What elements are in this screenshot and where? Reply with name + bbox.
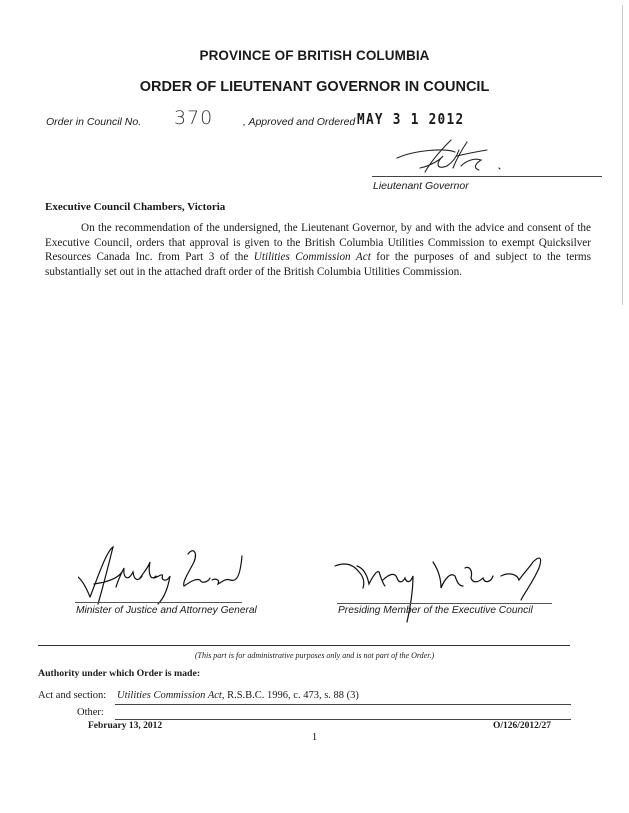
act-section-value: Utilities Commission Act, R.S.B.C. 1996,… — [117, 690, 359, 701]
footer-date: February 13, 2012 — [88, 721, 162, 731]
lieutenant-governor-signature-line — [372, 176, 602, 177]
act-section-act-name: Utilities Commission Act — [117, 690, 222, 701]
act-section-citation: , R.S.B.C. 1996, c. 473, s. 88 (3) — [222, 690, 359, 701]
admin-note: (This part is for administrative purpose… — [0, 651, 629, 660]
location-heading: Executive Council Chambers, Victoria — [45, 201, 225, 213]
minister-signature-line — [75, 602, 242, 603]
other-label: Other: — [77, 707, 104, 718]
lieutenant-governor-signature — [395, 138, 515, 180]
minister-title: Minister of Justice and Attorney General — [76, 605, 257, 616]
approved-label: , Approved and Ordered — [243, 116, 355, 128]
act-section-line — [115, 704, 571, 705]
admin-section-divider — [38, 645, 570, 646]
order-body: On the recommendation of the undersigned… — [45, 221, 591, 280]
footer-reference: O/126/2012/27 — [493, 721, 551, 731]
province-heading: PROVINCE OF BRITISH COLUMBIA — [0, 48, 629, 63]
approved-date-stamp: MAY 3 1 2012 — [357, 110, 464, 128]
authority-heading: Authority under which Order is made: — [38, 668, 200, 679]
act-section-label: Act and section: — [38, 690, 106, 701]
order-title: ORDER OF LIEUTENANT GOVERNOR IN COUNCIL — [0, 79, 629, 95]
body-act-name: Utilities Commission Act — [254, 251, 371, 263]
presiding-member-signature — [333, 548, 563, 628]
presiding-member-signature-line — [337, 603, 552, 604]
order-number: 370 — [174, 107, 213, 129]
order-number-label: Order in Council No. — [46, 116, 141, 128]
other-line — [115, 719, 571, 720]
presiding-member-title: Presiding Member of the Executive Counci… — [338, 605, 533, 616]
page-number: 1 — [0, 731, 629, 743]
lieutenant-governor-title: Lieutenant Governor — [373, 180, 469, 192]
